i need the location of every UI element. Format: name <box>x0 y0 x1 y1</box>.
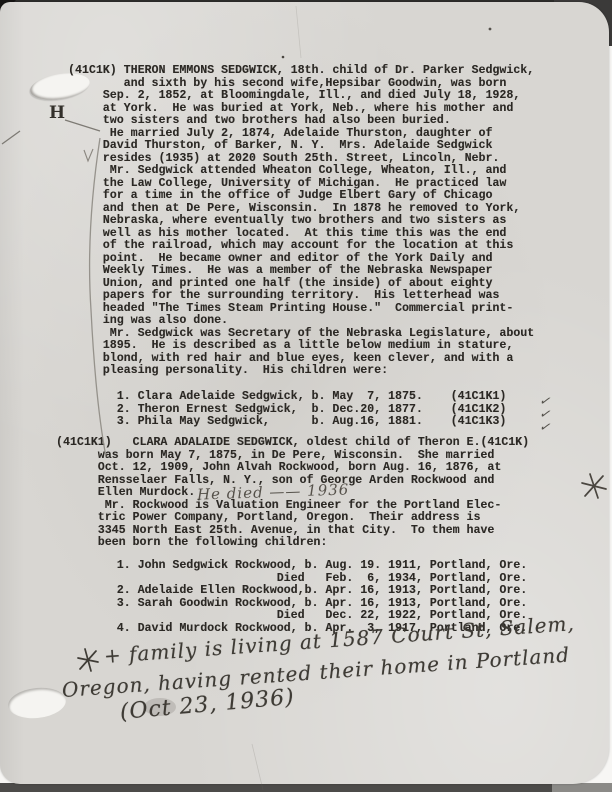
margin-letter-h: H <box>49 103 65 123</box>
entry-41C1K-paragraph: (41C1K) THERON EMMONS SEDGWICK, 18th. ch… <box>68 65 534 378</box>
scanner-edge-bottom <box>0 783 560 792</box>
entry-41C1K-children-list: 1. Clara Adelaide Sedgwick, b. May 7, 18… <box>68 391 506 429</box>
checkmark-icon: ✓ <box>538 419 551 435</box>
scanned-page: (41C1K) THERON EMMONS SEDGWICK, 18th. ch… <box>0 0 612 792</box>
scanner-edge-bottom-fade <box>552 783 612 792</box>
